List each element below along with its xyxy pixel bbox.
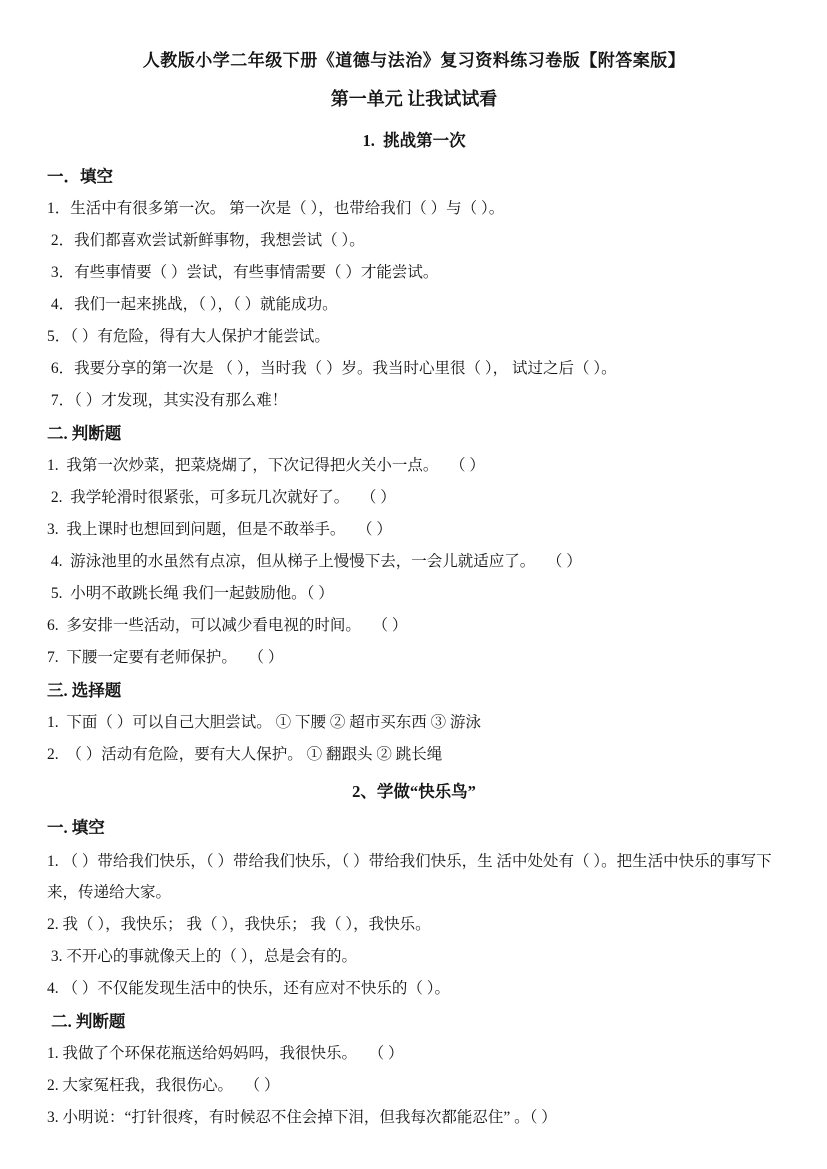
question-line: 1. 下面（ ）可以自己大胆尝试。 ① 下腰 ② 超市买东西 ③ 游泳 <box>47 714 781 732</box>
question-line: 1. 我做了个环保花瓶送给妈妈吗，我很快乐。 （ ） <box>47 1045 781 1063</box>
question-line: 2. （ ）活动有危险，要有大人保护。 ① 翻跟头 ② 跳长绳 <box>47 746 781 764</box>
section-heading-fill-in-1: 一．填空 <box>47 167 781 186</box>
question-line: 4. 游泳池里的水虽然有点凉，但从梯子上慢慢下去，一会儿就适应了。 （ ） <box>47 553 781 571</box>
question-line: 7．（ ）才发现，其实没有那么难！ <box>47 392 781 410</box>
question-line: 2．我们都喜欢尝试新鲜事物，我想尝试（ ）。 <box>47 232 781 250</box>
question-line: 3. 我上课时也想回到问题，但是不敢举手。 （ ） <box>47 521 781 539</box>
question-line: 4. （ ）不仅能发现生活中的快乐，还有应对不快乐的（ ）。 <box>47 980 781 998</box>
section-heading-fill-in-2: 一. 填空 <box>47 818 781 837</box>
lesson-1-heading: 1. 挑战第一次 <box>47 127 781 151</box>
question-line: 3. 不开心的事就像天上的（ ），总是会有的。 <box>47 948 781 966</box>
section-heading-multiple-choice-1: 三. 选择题 <box>47 681 781 700</box>
question-line: 5．（ ）有危险，得有大人保护才能尝试。 <box>47 328 781 346</box>
question-line: 1．生活中有很多第一次。 第一次是（ ），也带给我们（ ）与（ ）。 <box>47 200 781 218</box>
question-line: 2. 大家冤枉我，我很伤心。 （ ） <box>47 1077 781 1095</box>
unit-heading: 第一单元 让我试试看 <box>47 85 781 111</box>
question-line: 1. （ ）带给我们快乐，（ ）带给我们快乐，（ ）带给我们快乐，生 活中处处有… <box>47 846 781 908</box>
question-line: 1. 我第一次炒菜，把菜烧煳了，下次记得把火关小一点。 （ ） <box>47 457 781 475</box>
section-heading-true-false-2: 二. 判断题 <box>47 1012 781 1031</box>
question-line: 4．我们一起来挑战，（ ），（ ）就能成功。 <box>47 296 781 314</box>
question-line: 3．有些事情要（ ）尝试，有些事情需要（ ）才能尝试。 <box>47 264 781 282</box>
question-line: 5. 小明不敢跳长绳 我们一起鼓励他。（ ） <box>47 585 781 603</box>
question-line: 3. 小明说：“打针很疼，有时候忍不住会掉下泪，但我每次都能忍住” 。（ ） <box>47 1109 781 1127</box>
lesson-2-heading: 2、学做“快乐鸟” <box>47 778 781 802</box>
section-heading-true-false-1: 二. 判断题 <box>47 424 781 443</box>
question-line: 2. 我学轮滑时很紧张，可多玩几次就好了。 （ ） <box>47 489 781 507</box>
question-line: 6. 多安排一些活动，可以减少看电视的时间。 （ ） <box>47 617 781 635</box>
page-title: 人教版小学二年级下册《道德与法治》复习资料练习卷版【附答案版】 <box>47 46 781 71</box>
question-line: 7. 下腰一定要有老师保护。 （ ） <box>47 649 781 667</box>
question-line: 6．我要分享的第一次是 （ ），当时我（ ）岁。我当时心里很（ ）， 试过之后（… <box>47 360 781 378</box>
question-line: 2. 我（ ），我快乐； 我（ ），我快乐； 我（ ），我快乐。 <box>47 916 781 934</box>
worksheet-page: 人教版小学二年级下册《道德与法治》复习资料练习卷版【附答案版】 第一单元 让我试… <box>0 0 827 1169</box>
